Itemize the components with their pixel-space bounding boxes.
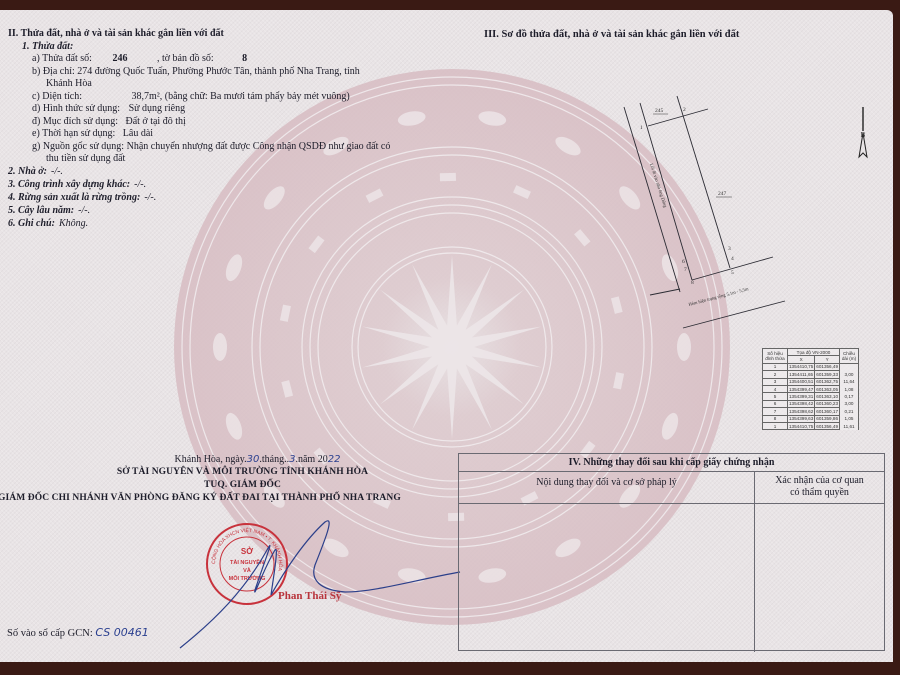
parcel-sketch: 245 247 1 2 3 4 5 6 7 8 Lối đi vào nhà ô…: [600, 90, 800, 330]
svg-text:3: 3: [728, 246, 731, 252]
section-iii-title: III. Sơ đồ thửa đất, nhà ở và tài sản kh…: [484, 28, 739, 41]
svg-text:6: 6: [682, 259, 685, 265]
address-row: b) Địa chỉ: 274 đường Quốc Tuấn, Phường …: [8, 66, 390, 79]
col-length: Chiều dài (m): [840, 349, 859, 364]
parcel-number-label: a) Thửa đất số:: [32, 53, 92, 64]
parcel-heading: 1. Thửa đất:: [8, 41, 390, 54]
svg-text:Lối đi vào nhà ông Dũng: Lối đi vào nhà ông Dũng: [649, 163, 668, 209]
use-form-value: Sử dụng riêng: [123, 103, 186, 114]
section-iv-changes-table: IV. Những thay đổi sau khi cấp giấy chứn…: [458, 453, 885, 651]
use-form-row: d) Hình thức sử dụng: Sử dụng riêng: [8, 103, 390, 116]
signer-name: Phan Thái Sỹ: [278, 590, 341, 602]
map-sheet-number: 8: [216, 53, 247, 64]
coordinate-row: 31354400,51601362,7511,64: [763, 378, 859, 385]
use-term-value: Lâu dài: [118, 128, 153, 139]
section-ii-land-info: II. Thửa đất, nhà ở và tài sản khác gắn …: [8, 28, 390, 231]
address-line-2: Khánh Hòa: [8, 78, 390, 91]
origin-line-1: Nhận chuyển nhượng đất được Công nhận QS…: [127, 141, 391, 152]
map-sheet-label: , tờ bản đồ số:: [157, 53, 214, 64]
use-term-label: e) Thời hạn sử dụng:: [32, 128, 115, 139]
use-term-row: e) Thời hạn sử dụng: Lâu dài: [8, 128, 390, 141]
coordinate-row: 11354410,75601356,4911,61: [763, 422, 859, 429]
origin-row: g) Nguồn gốc sử dụng: Nhận chuyển nhượng…: [8, 141, 390, 154]
north-arrow-icon: B: [856, 105, 870, 160]
origin-line-2: thu tiền sử dụng đất: [8, 153, 390, 166]
summary-item: 2. Nhà ở:-/-.: [8, 166, 390, 179]
handwritten-year: 22: [328, 454, 341, 465]
use-form-label: d) Hình thức sử dụng:: [32, 103, 120, 114]
section-ii-title: II. Thửa đất, nhà ở và tài sản khác gắn …: [8, 28, 390, 41]
area-label: c) Diện tích:: [32, 91, 129, 102]
svg-text:Hẻm hiện trạng rộng 5,1m - 5,5: Hẻm hiện trạng rộng 5,1m - 5,5m: [688, 286, 750, 308]
use-purpose-value: Đất ở tại đô thị: [120, 116, 185, 127]
use-purpose-row: đ) Mục đích sử dụng: Đất ở tại đô thị: [8, 116, 390, 129]
col-authority-confirmation: Xác nhận của cơ quan có thẩm quyền: [755, 472, 884, 503]
registry-label: Số vào sổ cấp GCN:: [7, 628, 93, 639]
signing-block: Khánh Hòa, ngày.30.tháng..3.năm 2022 SỞ …: [0, 453, 455, 505]
svg-text:8: 8: [691, 280, 694, 286]
svg-text:2: 2: [683, 107, 686, 113]
summary-item: 4. Rừng sản xuất là rừng trồng:-/-.: [8, 192, 390, 205]
place-date: Khánh Hòa, ngày.30.tháng..3.năm 2022: [0, 453, 455, 466]
handwritten-signature: [175, 510, 465, 660]
address-line-1: 274 đường Quốc Tuấn, Phường Phước Tân, t…: [77, 66, 360, 77]
coordinate-row: 51354399,31601363,100,17: [763, 393, 859, 400]
change-content-cell: [459, 504, 755, 652]
coordinate-row: 71354398,62601360,170,21: [763, 408, 859, 415]
authority-confirmation-cell: [755, 504, 884, 652]
coordinate-row: 41354399,47601363,051,08: [763, 385, 859, 392]
svg-text:5: 5: [731, 270, 734, 276]
col-x: X: [788, 356, 815, 363]
parcel-number: 246: [94, 53, 154, 64]
address-label: b) Địa chỉ:: [32, 66, 75, 77]
on-behalf: TUQ. GIÁM ĐỐC: [0, 479, 455, 492]
origin-label: g) Nguồn gốc sử dụng:: [32, 141, 124, 152]
registry-number: CS 00461: [95, 626, 148, 639]
coordinate-table: Số hiệu đỉnh thửa Tọa độ VN-2000 Chiều d…: [762, 348, 859, 430]
col-y: Y: [815, 356, 840, 363]
col-coord: Tọa độ VN-2000: [788, 349, 840, 356]
summary-item: 6. Ghi chú:Không.: [8, 218, 390, 231]
parcel-number-row: a) Thửa đất số: 246 , tờ bản đồ số: 8: [8, 53, 390, 66]
registry-row: Số vào sổ cấp GCN: CS 00461: [7, 626, 149, 640]
svg-text:1: 1: [640, 125, 643, 131]
svg-text:B: B: [861, 131, 866, 139]
coordinate-row: 61354398,42601360,233,00: [763, 400, 859, 407]
coordinate-row: 11354410,75601356,49: [763, 363, 859, 370]
coordinate-row: 81354399,63601359,861,05: [763, 415, 859, 422]
col-change-content: Nội dung thay đổi và cơ sở pháp lý: [459, 472, 755, 503]
coordinate-row: 21354411,65601359,333,00: [763, 371, 859, 378]
svg-text:7: 7: [684, 267, 687, 273]
signer-position: GIÁM ĐỐC CHI NHÁNH VĂN PHÒNG ĐĂNG KÝ ĐẤT…: [0, 492, 455, 505]
col-point: Số hiệu đỉnh thửa: [763, 349, 788, 364]
svg-text:4: 4: [731, 256, 734, 262]
area-value: 38,7m², (bằng chữ: Ba mươi tám phẩy bảy …: [132, 91, 350, 102]
handwritten-day: 30: [247, 454, 260, 465]
agency-name: SỞ TÀI NGUYÊN VÀ MÔI TRƯỜNG TỈNH KHÁNH H…: [0, 466, 455, 479]
summary-item: 5. Cây lâu năm:-/-.: [8, 205, 390, 218]
svg-text:245: 245: [655, 108, 664, 114]
land-certificate-page: II. Thửa đất, nhà ở và tài sản khác gắn …: [0, 10, 893, 662]
section-iv-title: IV. Những thay đổi sau khi cấp giấy chứn…: [459, 454, 884, 472]
area-row: c) Diện tích: 38,7m², (bằng chữ: Ba mươi…: [8, 91, 390, 104]
summary-item: 3. Công trình xây dựng khác:-/-.: [8, 179, 390, 192]
use-purpose-label: đ) Mục đích sử dụng:: [32, 116, 118, 127]
svg-text:247: 247: [718, 191, 727, 197]
